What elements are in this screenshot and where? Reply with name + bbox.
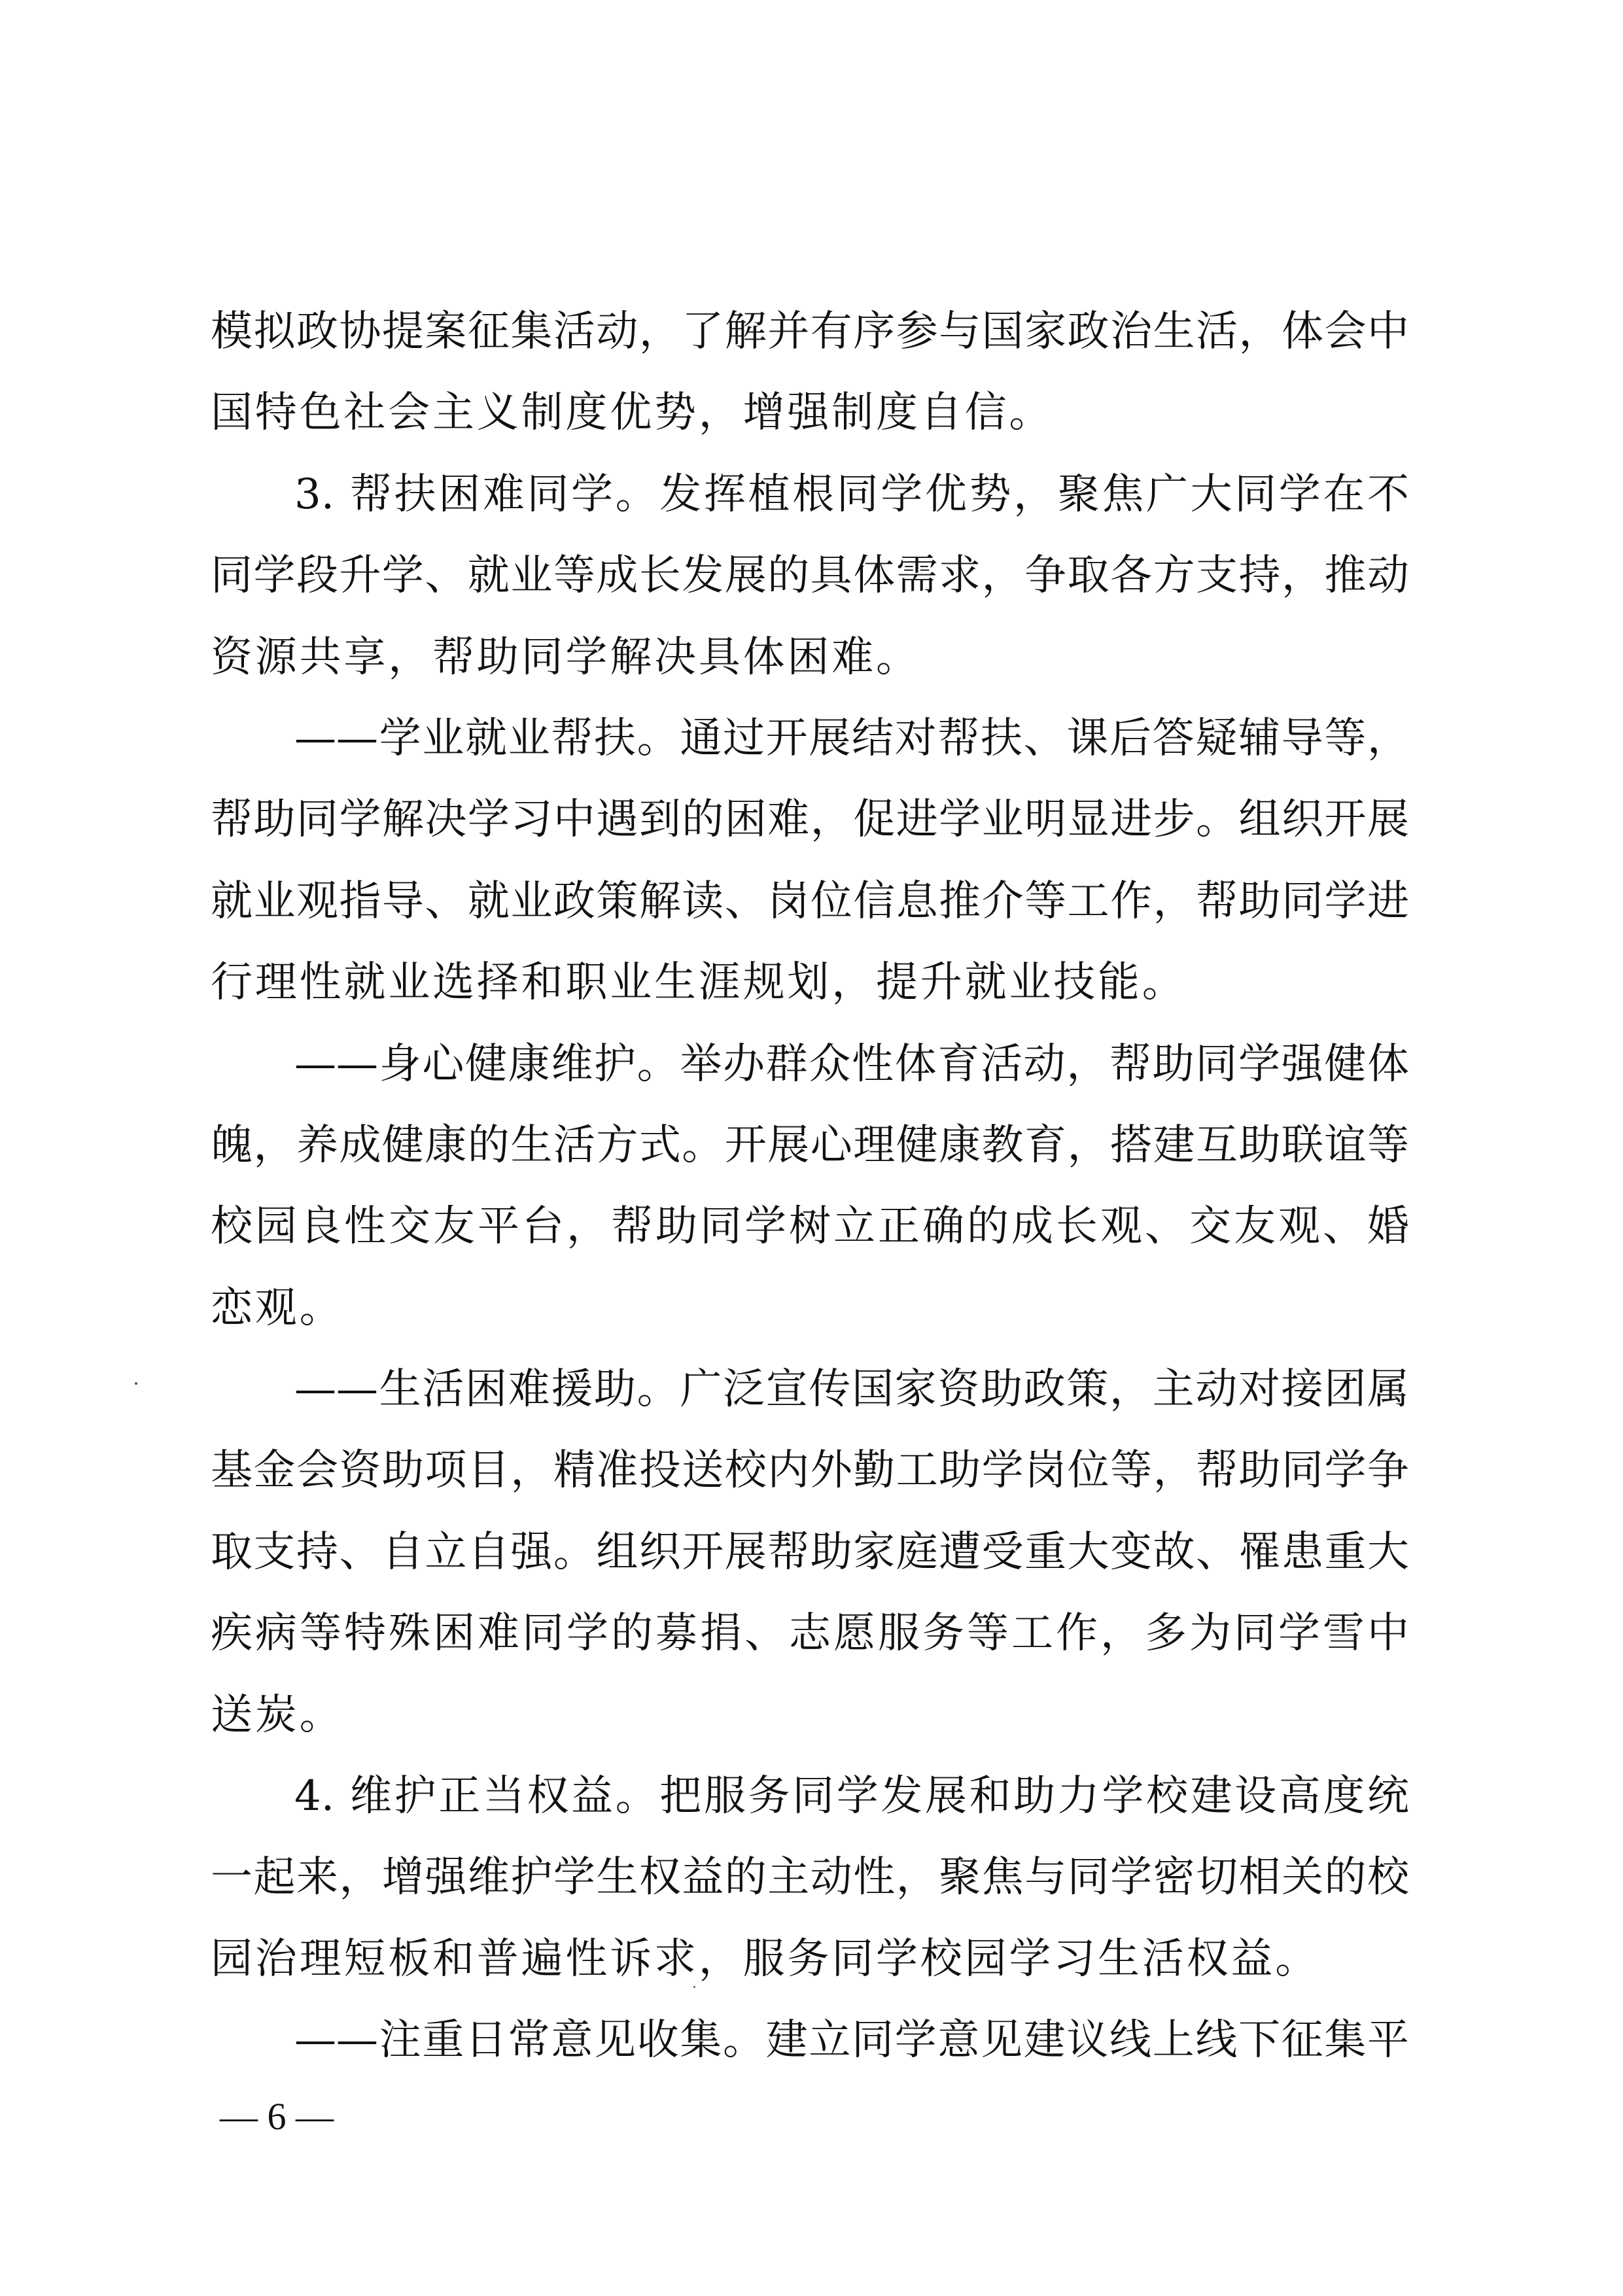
body-text: 模拟政协提案征集活动，了解并有序参与国家政治生活，体会中 国特色社会主义制度优势… — [211, 291, 1409, 2081]
text-line: 基金会资助项目，精准投送校内外勤工助学岗位等，帮助同学争 — [211, 1430, 1409, 1511]
text-line: ——身心健康维护。举办群众性体育活动，帮助同学强健体 — [211, 1024, 1409, 1105]
text-line: 3. 帮扶困难同学。发挥植根同学优势，聚焦广大同学在不 — [211, 454, 1409, 535]
text-line: 校园良性交友平台，帮助同学树立正确的成长观、交友观、婚 — [211, 1186, 1409, 1267]
text-line: 疾病等特殊困难同学的募捐、志愿服务等工作，多为同学雪中 — [211, 1593, 1409, 1674]
document-page: 模拟政协提案征集活动，了解并有序参与国家政治生活，体会中 国特色社会主义制度优势… — [0, 0, 1623, 2296]
text-line: 取支持、自立自强。组织开展帮助家庭遭受重大变故、罹患重大 — [211, 1512, 1409, 1593]
text-line: 送炭。 — [211, 1675, 1409, 1756]
text-line: 就业观指导、就业政策解读、岗位信息推介等工作，帮助同学进 — [211, 861, 1409, 942]
page-number: — 6 — — [220, 2091, 334, 2143]
text-line: 帮助同学解决学习中遇到的困难，促进学业明显进步。组织开展 — [211, 779, 1409, 860]
text-line: ——学业就业帮扶。通过开展结对帮扶、课后答疑辅导等， — [211, 698, 1409, 779]
text-line: 行理性就业选择和职业生涯规划，提升就业技能。 — [211, 942, 1409, 1023]
text-line: 国特色社会主义制度优势，增强制度自信。 — [211, 372, 1409, 453]
text-line: 4. 维护正当权益。把服务同学发展和助力学校建设高度统 — [211, 1756, 1409, 1837]
scan-speck — [135, 1382, 137, 1385]
text-line: ——注重日常意见收集。建立同学意见建议线上线下征集平 — [211, 2000, 1409, 2081]
text-line: 一起来，增强维护学生权益的主动性，聚焦与同学密切相关的校 — [211, 1837, 1409, 1918]
text-line: 恋观。 — [211, 1268, 1409, 1349]
text-line: 模拟政协提案征集活动，了解并有序参与国家政治生活，体会中 — [211, 291, 1409, 372]
text-line: 魄，养成健康的生活方式。开展心理健康教育，搭建互助联谊等 — [211, 1105, 1409, 1186]
text-line: 园治理短板和普遍性诉求，服务同学校园学习生活权益。 — [211, 1919, 1409, 2000]
text-line: 同学段升学、就业等成长发展的具体需求，争取各方支持，推动 — [211, 535, 1409, 616]
scan-speck — [693, 1986, 695, 1988]
text-line: 资源共享，帮助同学解决具体困难。 — [211, 617, 1409, 698]
text-line: ——生活困难援助。广泛宣传国家资助政策，主动对接团属 — [211, 1349, 1409, 1430]
